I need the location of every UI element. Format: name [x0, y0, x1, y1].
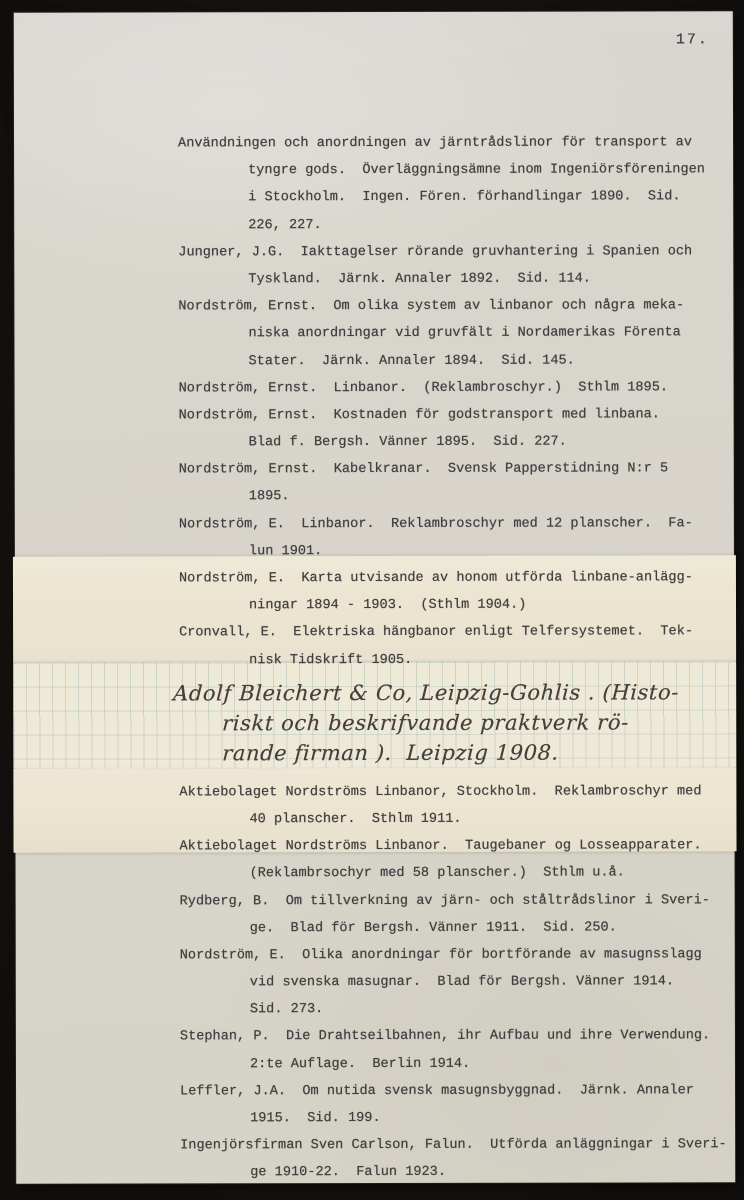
bibliography-entry: Jungner, J.G. Iakttagelser rörande gruvh…: [14, 238, 733, 294]
entry-line: tyngre gods. Överläggningsämne inom Inge…: [14, 156, 733, 185]
entry-line: Stephan, P. Die Drahtseilbahnen, ihr Auf…: [16, 1023, 735, 1052]
handwritten-line: riskt och beskrifvande praktverk rö-: [15, 707, 736, 739]
entry-line: Stater. Järnk. Annaler 1894. Sid. 145.: [14, 347, 733, 376]
entry-line: Aktiebolaget Nordströms Linbanor, Stockh…: [15, 778, 734, 807]
entry-line: Nordström, Ernst. Kostnaden för godstran…: [15, 401, 734, 430]
page-number: 17.: [676, 31, 709, 48]
bibliography-entry: Aktiebolaget Nordströms Linbanor. Taugeb…: [15, 832, 734, 888]
entry-line: nisk Tidskrift 1905.: [15, 646, 734, 675]
entry-line: (Reklambrsochyr med 58 planscher.) Sthlm…: [16, 860, 735, 889]
entry-line: Nordström, Ernst. Kabelkranar. Svensk Pa…: [15, 455, 734, 484]
entry-line: vid svenska masugnar. Blad för Bergsh. V…: [16, 968, 735, 997]
entry-line: Nordström, Ernst. Om olika system av lin…: [14, 292, 733, 321]
handwritten-line: rande firman ). Leipzig 1908.: [15, 737, 736, 769]
entry-line: Rydberg, B. Om tillverkning av järn- och…: [16, 887, 735, 916]
bibliography-entry: Nordström, E. Linbanor. Reklambroschyr m…: [15, 510, 734, 566]
entry-line: 40 planscher. Sthlm 1911.: [15, 805, 734, 834]
bibliography-entry: Nordström, Ernst. Kabelkranar. Svensk Pa…: [15, 455, 734, 511]
bibliography-entry: Användningen och anordningen av järntråd…: [14, 129, 733, 239]
entry-line: Sid. 273.: [16, 995, 735, 1024]
bibliography-entry: Nordström, Ernst. Om olika system av lin…: [14, 292, 733, 375]
entry-line: Cronvall, E. Elektriska hängbanor enligt…: [15, 619, 734, 648]
entry-line: Användningen och anordningen av järntråd…: [14, 129, 733, 158]
entry-line: Nordström, Ernst. Linbanor. (Reklambrosc…: [15, 374, 734, 403]
entry-line: ge. Blad för Bergsh. Vänner 1911. Sid. 2…: [16, 914, 735, 943]
document-page: 17. Användningen och anordningen av järn…: [14, 11, 735, 1184]
entry-line: ge 1910-22. Falun 1923.: [16, 1159, 735, 1188]
entry-line: niska anordningar vid gruvfält i Nordame…: [14, 320, 733, 349]
bibliography-entry: Cronvall, E. Elektriska hängbanor enligt…: [15, 619, 734, 675]
entry-line: Aktiebolaget Nordströms Linbanor. Taugeb…: [15, 832, 734, 861]
entry-line: 1895.: [15, 483, 734, 512]
bibliography-entry: Ingenjörsfirman Sven Carlson, Falun. Utf…: [16, 1131, 735, 1187]
entry-line: 2:te Auflage. Berlin 1914.: [16, 1050, 735, 1079]
bibliography-entry: Nordström, Ernst. Kostnaden för godstran…: [15, 401, 734, 457]
bibliography-entry: Rydberg, B. Om tillverkning av järn- och…: [16, 887, 735, 943]
entry-line: 226, 227.: [14, 211, 733, 240]
entry-line: Leffler, J.A. Om nutida svensk masugnsby…: [16, 1077, 735, 1106]
bibliography-entry: Nordström, Ernst. Linbanor. (Reklambrosc…: [15, 374, 734, 403]
entry-line: ningar 1894 - 1903. (Sthlm 1904.): [15, 591, 734, 620]
bibliography-entry: Leffler, J.A. Om nutida svensk masugnsby…: [16, 1077, 735, 1133]
entry-line: Tyskland. Järnk. Annaler 1892. Sid. 114.: [14, 265, 733, 294]
handwritten-entry: Adolf Bleichert & Co, Leipzig-Gohlis . (…: [15, 673, 734, 772]
entry-line: i Stockholm. Ingen. Fören. förhandlingar…: [14, 184, 733, 213]
bibliography-entry: Nordström, E. Karta utvisande av honom u…: [15, 564, 734, 620]
entry-line: Ingenjörsfirman Sven Carlson, Falun. Utf…: [16, 1131, 735, 1160]
entry-line: 1915. Sid. 199.: [16, 1104, 735, 1133]
bibliography-entry: Aktiebolaget Nordströms Linbanor, Stockh…: [15, 778, 734, 834]
handwritten-line: Adolf Bleichert & Co, Leipzig-Gohlis . (…: [14, 677, 735, 709]
bibliography-entry: Nordström, E. Olika anordningar för bort…: [16, 941, 735, 1024]
entry-line: Jungner, J.G. Iakttagelser rörande gruvh…: [14, 238, 733, 267]
entry-line: Nordström, E. Linbanor. Reklambroschyr m…: [15, 510, 734, 539]
bibliography-entries: Användningen och anordningen av järntråd…: [14, 129, 735, 1187]
entry-line: Nordström, E. Olika anordningar för bort…: [16, 941, 735, 970]
bibliography-entry: Stephan, P. Die Drahtseilbahnen, ihr Auf…: [16, 1023, 735, 1079]
entry-line: lun 1901.: [15, 537, 734, 566]
entry-line: Blad f. Bergsh. Vänner 1895. Sid. 227.: [15, 428, 734, 457]
entry-line: Nordström, E. Karta utvisande av honom u…: [15, 564, 734, 593]
